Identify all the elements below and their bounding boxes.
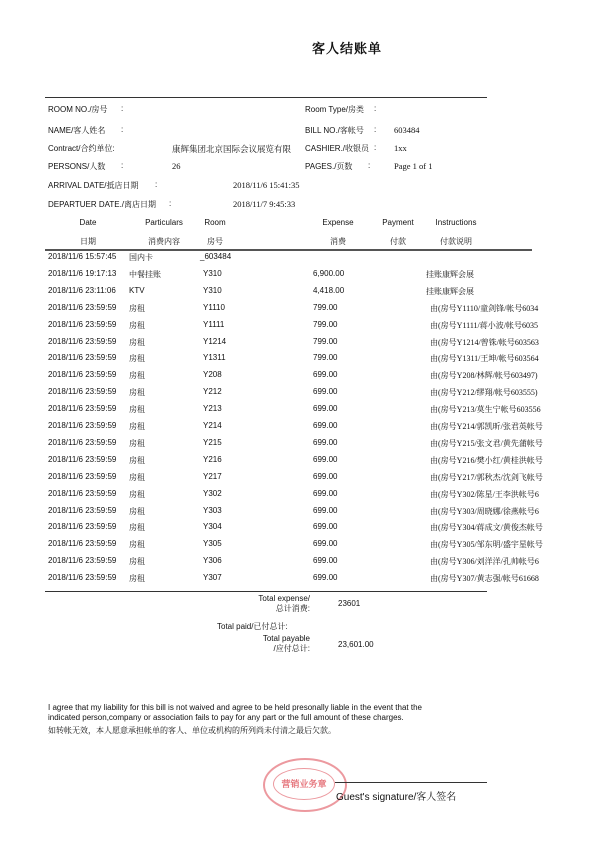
row-instructions: 由(房号Y1214/曾铢/帐号603563 (430, 337, 590, 348)
row-instructions: 由(房号Y305/邹东明/盛宇星帐号 (430, 539, 590, 550)
row-particulars: KTV (129, 286, 145, 295)
row-date: 2018/11/6 23:59:59 (48, 539, 116, 548)
row-room: Y310 (203, 269, 222, 278)
row-date: 2018/11/6 23:59:59 (48, 506, 116, 515)
row-particulars: 中餐挂账 (129, 269, 161, 280)
signature-line (335, 782, 487, 783)
table-row: 2018/11/6 19:17:13中餐挂账Y3106,900.00挂账康辉会展 (0, 269, 595, 286)
company-stamp: 营销业务章 (273, 768, 335, 800)
row-particulars: 国内卡 (129, 252, 153, 263)
row-expense: 699.00 (313, 455, 337, 464)
terms-zh: 如转帐无效，本人愿意承担帐单的客人、单位或机构的所列尚未付清之最后欠款。 (48, 726, 438, 736)
departure-label: DEPARTUER DATE./离店日期 (48, 199, 156, 210)
row-expense: 699.00 (313, 387, 337, 396)
room-type-label: Room Type/房类 (305, 104, 364, 115)
total-payable-value: 23,601.00 (338, 640, 374, 649)
row-room: Y1111 (203, 320, 224, 329)
row-particulars: 房租 (129, 438, 145, 449)
row-instructions: 由(房号Y303/周晓娜/徐燕帐号6 (430, 506, 590, 517)
row-expense: 699.00 (313, 573, 337, 582)
row-expense: 699.00 (313, 404, 337, 413)
row-expense: 699.00 (313, 556, 337, 565)
bill-no-colon: : (374, 125, 376, 134)
persons-value: 26 (172, 161, 181, 171)
contract-value: 康辉集团北京国际会议展览有限 (172, 143, 291, 155)
table-row: 2018/11/6 23:59:59房租Y214699.00由(房号Y214/郭… (0, 421, 595, 438)
row-instructions: 由(房号Y306/刘洋洋/孔帅帐号6 (430, 556, 590, 567)
row-date: 2018/11/6 23:59:59 (48, 337, 116, 346)
table-row: 2018/11/6 23:59:59房租Y303699.00由(房号Y303/周… (0, 506, 595, 523)
row-expense: 6,900.00 (313, 269, 344, 278)
row-expense: 799.00 (313, 337, 337, 346)
row-particulars: 房租 (129, 556, 145, 567)
row-expense: 699.00 (313, 489, 337, 498)
row-room: Y215 (203, 438, 222, 447)
row-expense: 799.00 (313, 303, 337, 312)
name-label: NAME/客人姓名 (48, 125, 105, 136)
table-row: 2018/11/6 23:59:59房租Y208699.00由(房号Y208/林… (0, 370, 595, 387)
row-instructions: 由(房号Y208/林辉/帐号603497) (430, 370, 590, 381)
table-row: 2018/11/6 23:59:59房租Y215699.00由(房号Y215/张… (0, 438, 595, 455)
signature-label[interactable]: Guest's signature/客人签名 (336, 788, 456, 803)
row-room: Y305 (203, 539, 222, 548)
table-row: 2018/11/6 23:59:59房租Y216699.00由(房号Y216/樊… (0, 455, 595, 472)
cashier-label: CASHIER./收银员 (305, 143, 369, 154)
row-room: Y310 (203, 286, 222, 295)
table-row: 2018/11/6 23:59:59房租Y307699.00由(房号Y307/黄… (0, 573, 595, 590)
row-room: Y213 (203, 404, 222, 413)
row-instructions: 由(房号Y216/樊小红/黄桂洪帐号 (430, 455, 590, 466)
row-date: 2018/11/6 23:59:59 (48, 404, 116, 413)
col-date-en: Date (68, 218, 108, 227)
row-instructions: 挂账康辉会展 (426, 286, 586, 297)
row-particulars: 房租 (129, 522, 145, 533)
col-payment-zh: 付款 (378, 236, 418, 247)
row-date: 2018/11/6 23:59:59 (48, 303, 116, 312)
persons-colon: : (121, 161, 123, 170)
row-particulars: 房租 (129, 455, 145, 466)
row-expense: 699.00 (313, 506, 337, 515)
row-date: 2018/11/6 23:59:59 (48, 455, 116, 464)
row-particulars: 房租 (129, 370, 145, 381)
row-room: Y212 (203, 387, 222, 396)
row-particulars: 房租 (129, 404, 145, 415)
col-particulars-en: Particulars (140, 218, 188, 227)
header-divider (45, 249, 532, 251)
row-expense: 699.00 (313, 539, 337, 548)
row-instructions: 由(房号Y217/郭秋杰/沈剑飞帐号 (430, 472, 590, 483)
row-expense: 699.00 (313, 438, 337, 447)
col-expense-zh: 消费 (318, 236, 358, 247)
table-bottom-divider (45, 591, 487, 592)
total-paid-label: Total paid/已付总计: (217, 621, 288, 632)
row-particulars: 房租 (129, 573, 145, 584)
row-instructions: 由(房号Y302/陈星/王李洪帐号6 (430, 489, 590, 500)
arrival-label: ARRIVAL DATE/抵店日期 (48, 180, 139, 191)
row-room: Y1110 (203, 303, 225, 312)
document-title: 客人结账单 (312, 38, 382, 57)
row-particulars: 房租 (129, 506, 145, 517)
total-expense-label: Total expense/ 总计消费: (220, 594, 310, 614)
row-room: Y302 (203, 489, 222, 498)
table-row: 2018/11/6 23:59:59房租Y213699.00由(房号Y213/莫… (0, 404, 595, 421)
row-particulars: 房租 (129, 303, 145, 314)
table-row: 2018/11/6 23:59:59房租Y1111799.00由(房号Y1111… (0, 320, 595, 337)
table-row: 2018/11/6 15:57:45国内卡_603484 (0, 252, 595, 269)
row-room: Y216 (203, 455, 222, 464)
table-row: 2018/11/6 23:59:59房租Y302699.00由(房号Y302/陈… (0, 489, 595, 506)
row-room: Y1311 (203, 353, 226, 362)
bill-no-label: BILL NO./客帐号 (305, 125, 364, 136)
row-instructions: 挂账康辉会展 (426, 269, 586, 280)
row-room: Y217 (203, 472, 222, 481)
row-room: Y303 (203, 506, 222, 515)
cashier-colon: : (374, 143, 376, 152)
row-expense: 799.00 (313, 353, 337, 362)
row-particulars: 房租 (129, 472, 145, 483)
table-row: 2018/11/6 23:59:59房租Y306699.00由(房号Y306/刘… (0, 556, 595, 573)
row-date: 2018/11/6 23:59:59 (48, 353, 116, 362)
row-room: Y306 (203, 556, 222, 565)
row-instructions: 由(房号Y212/缪翔/帐号603555) (430, 387, 590, 398)
row-date: 2018/11/6 23:59:59 (48, 489, 116, 498)
room-no-label: ROOM NO./房号 (48, 104, 108, 115)
name-colon: : (121, 125, 123, 134)
row-date: 2018/11/6 23:59:59 (48, 472, 116, 481)
row-particulars: 房租 (129, 320, 145, 331)
table-row: 2018/11/6 23:59:59房租Y217699.00由(房号Y217/郭… (0, 472, 595, 489)
row-room: Y304 (203, 522, 222, 531)
pages-value: Page 1 of 1 (394, 161, 432, 171)
row-instructions: 由(房号Y214/郭凯昕/张君英帐号 (430, 421, 590, 432)
row-date: 2018/11/6 23:59:59 (48, 320, 116, 329)
pages-colon: : (368, 161, 370, 170)
contract-label: Contract/合约单位: (48, 143, 115, 154)
arrival-value: 2018/11/6 15:41:35 (233, 180, 300, 190)
row-expense: 699.00 (313, 472, 337, 481)
total-payable-label: Total payable /应付总计: (220, 634, 310, 654)
col-instructions-en: Instructions (430, 218, 482, 227)
col-instructions-zh: 付款说明 (430, 236, 482, 247)
row-particulars: 房租 (129, 353, 145, 364)
row-particulars: 房租 (129, 489, 145, 500)
total-expense-value: 23601 (338, 599, 360, 608)
arrival-colon: : (155, 180, 157, 189)
row-expense: 699.00 (313, 421, 337, 430)
table-row: 2018/11/6 23:59:59房租Y304699.00由(房号Y304/蒋… (0, 522, 595, 539)
row-particulars: 房租 (129, 387, 145, 398)
persons-label: PERSONS/人数 (48, 161, 105, 172)
col-particulars-zh: 消费内容 (140, 236, 188, 247)
row-instructions: 由(房号Y304/蒋成文/黄俊杰帐号 (430, 522, 590, 533)
cashier-value: 1xx (394, 143, 407, 153)
table-row: 2018/11/6 23:11:06KTVY3104,418.00挂账康辉会展 (0, 286, 595, 303)
row-particulars: 房租 (129, 337, 145, 348)
table-row: 2018/11/6 23:59:59房租Y305699.00由(房号Y305/邹… (0, 539, 595, 556)
row-room: _603484 (200, 252, 231, 261)
row-instructions: 由(房号Y307/黄志强/帐号61668 (430, 573, 590, 584)
row-date: 2018/11/6 23:11:06 (48, 286, 116, 295)
row-expense: 699.00 (313, 370, 337, 379)
row-room: Y208 (203, 370, 222, 379)
col-room-zh: 房号 (200, 236, 230, 247)
col-date-zh: 日期 (68, 236, 108, 247)
row-instructions: 由(房号Y1110/童剑锋/帐号6034 (430, 303, 590, 314)
departure-colon: : (169, 199, 171, 208)
terms-en: I agree that my liability for this bill … (48, 703, 438, 723)
row-expense: 799.00 (313, 320, 337, 329)
row-date: 2018/11/6 23:59:59 (48, 556, 116, 565)
row-instructions: 由(房号Y213/莫生宁帐号603556 (430, 404, 590, 415)
bill-no-value: 603484 (394, 125, 420, 135)
table-row: 2018/11/6 23:59:59房租Y212699.00由(房号Y212/缪… (0, 387, 595, 404)
row-instructions: 由(房号Y1311/王坤/帐号603564 (430, 353, 590, 364)
row-instructions: 由(房号Y1111/蒋小波/帐号6035 (430, 320, 590, 331)
table-row: 2018/11/6 23:59:59房租Y1110799.00由(房号Y1110… (0, 303, 595, 320)
table-row: 2018/11/6 23:59:59房租Y1311799.00由(房号Y1311… (0, 353, 595, 370)
row-expense: 4,418.00 (313, 286, 344, 295)
row-date: 2018/11/6 23:59:59 (48, 370, 116, 379)
row-particulars: 房租 (129, 539, 145, 550)
row-instructions: 由(房号Y215/张文君/黄先蒲帐号 (430, 438, 590, 449)
top-divider (45, 97, 487, 98)
row-room: Y214 (203, 421, 222, 430)
row-date: 2018/11/6 23:59:59 (48, 438, 116, 447)
table-row: 2018/11/6 23:59:59房租Y1214799.00由(房号Y1214… (0, 337, 595, 354)
row-expense: 699.00 (313, 522, 337, 531)
row-room: Y1214 (203, 337, 226, 346)
terms-text: I agree that my liability for this bill … (48, 703, 438, 736)
departure-value: 2018/11/7 9:45:33 (233, 199, 295, 209)
room-no-colon: : (121, 104, 123, 113)
col-payment-en: Payment (378, 218, 418, 227)
pages-label: PAGES./页数 (305, 161, 352, 172)
row-particulars: 房租 (129, 421, 145, 432)
col-expense-en: Expense (318, 218, 358, 227)
row-date: 2018/11/6 19:17:13 (48, 269, 116, 278)
row-date: 2018/11/6 23:59:59 (48, 573, 116, 582)
row-date: 2018/11/6 23:59:59 (48, 421, 116, 430)
room-type-colon: : (374, 104, 376, 113)
row-date: 2018/11/6 23:59:59 (48, 387, 116, 396)
row-date: 2018/11/6 23:59:59 (48, 522, 116, 531)
row-date: 2018/11/6 15:57:45 (48, 252, 116, 261)
col-room-en: Room (200, 218, 230, 227)
row-room: Y307 (203, 573, 222, 582)
